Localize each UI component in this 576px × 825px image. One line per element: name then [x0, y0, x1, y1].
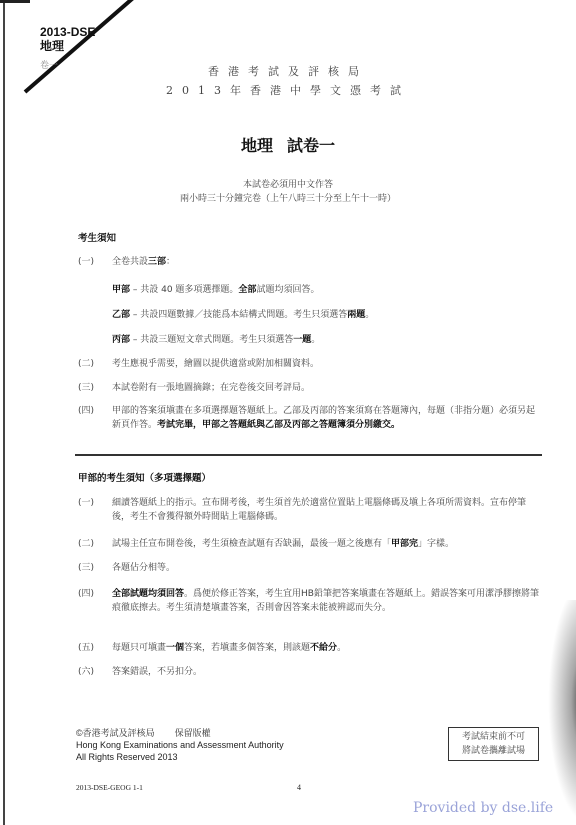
- rights-en: All Rights Reserved 2013: [76, 751, 284, 763]
- subject-name: 地理: [40, 39, 95, 53]
- part-b-description: 乙部 – 共設四題數據／技能爲本結構式問題。考生只須選答兩題。: [112, 307, 542, 320]
- authority-name: 香港考試及評核局: [0, 63, 576, 79]
- title-paper: 試卷一: [287, 136, 335, 155]
- part-c-description: 丙部 – 共設三題短文章式問題。考生只須選答一題。: [112, 332, 542, 345]
- corner-label: 2013-DSE 地理: [40, 25, 95, 53]
- duration-note: 兩小時三十分鐘完卷（上午八時三十分至上午十一時）: [0, 191, 576, 204]
- general-instructions-heading: 考生須知: [78, 230, 116, 244]
- scan-smudge: [548, 600, 576, 825]
- instruction-item: (一) 細讀答題紙上的指示。宣布開考後，考生須首先於適當位置貼上電腦條碼及塡上各…: [78, 496, 540, 524]
- instruction-item: (六) 答案錯誤，不另扣分。: [78, 665, 540, 679]
- part-a-description: 甲部 – 共設 40 題多項選擇題。全部試題均須回答。: [112, 282, 542, 295]
- section-divider: [75, 454, 542, 456]
- instruction-item: (四) 全部試題均須回答。爲便於修正答案，考生宜用HB鉛筆把答案塡畫在答題紙上。…: [78, 587, 540, 615]
- copyright-en: Hong Kong Examinations and Assessment Au…: [76, 739, 284, 751]
- instruction-item: (三) 各題佔分相等。: [78, 561, 540, 575]
- instruction-item: (二) 試場主任宣布開卷後，考生須檢查試題有否缺漏，最後一題之後應有「甲部完」字…: [78, 537, 540, 551]
- rights-cn: 保留版權: [175, 728, 211, 738]
- scan-left-edge: [3, 0, 5, 825]
- scan-corner-mark: [0, 0, 30, 3]
- copyright-block: ©香港考試及評核局保留版權 Hong Kong Examinations and…: [76, 727, 284, 763]
- exam-code: 2013-DSE: [40, 25, 95, 39]
- instruction-item: (四) 甲部的答案須塡畫在多項選擇題答題紙上。乙部及丙部的答案須寫在答題簿內，每…: [78, 404, 540, 432]
- section-a-heading: 甲部的考生須知（多項選擇題）: [78, 470, 211, 484]
- instruction-item: (一) 全卷共設三部：: [78, 255, 540, 269]
- notice-box: 考試結束前不可 將試卷攜離試場: [448, 727, 539, 761]
- language-note: 本試卷必須用中文作答: [0, 177, 576, 190]
- exam-name: 2013年香港中學文憑考試: [0, 82, 576, 98]
- page-title: 地理試卷一: [0, 133, 576, 156]
- page-number: 4: [297, 783, 301, 792]
- provided-by-watermark[interactable]: Provided by dse.life: [413, 800, 553, 816]
- instruction-item: (三) 本試卷附有一張地圖摘錄；在完卷後交回考評局。: [78, 381, 540, 395]
- instruction-item: (二) 考生應視乎需要，繪圖以提供適當或附加相關資料。: [78, 357, 540, 371]
- paper-code: 2013-DSE-GEOG 1-1: [76, 783, 143, 792]
- instruction-item: (五) 每題只可塡畫一個答案，若塡畫多個答案，則該題不給分。: [78, 641, 540, 655]
- title-subject: 地理: [241, 136, 273, 155]
- copyright-cn: ©香港考試及評核局: [76, 728, 155, 738]
